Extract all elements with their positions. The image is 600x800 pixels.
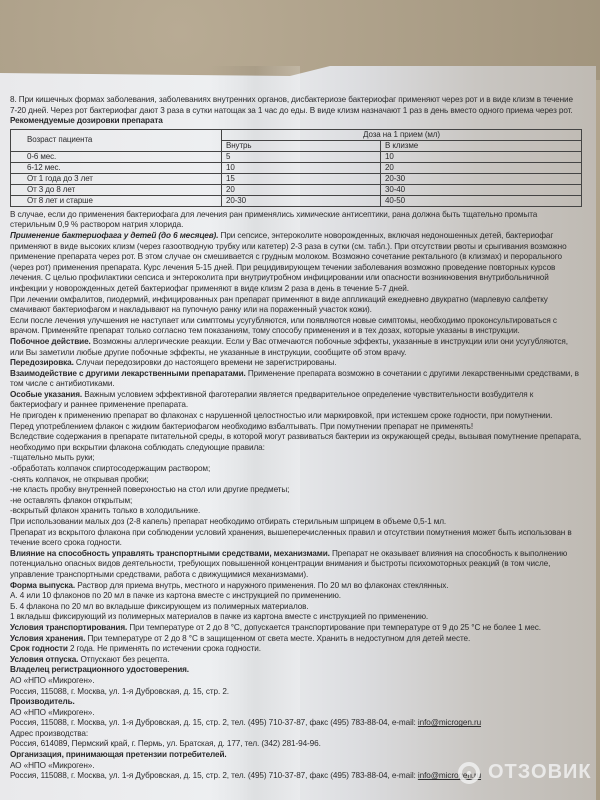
maker-heading: Производитель. <box>10 697 582 708</box>
production-address: Россия, 614089, Пермский край, г. Пермь,… <box>10 739 582 750</box>
rule-item: -обработать колпачок спиртосодержащим ра… <box>10 464 582 475</box>
table-row: 0-6 мес.510 <box>11 151 582 162</box>
header-age: Возраст пациента <box>11 129 222 151</box>
maker-name: АО «НПО «Микроген». <box>10 708 582 719</box>
production-label: Адрес производства: <box>10 729 582 740</box>
header-oral: Внутрь <box>222 140 381 151</box>
table-row: 6-12 мес.1020 <box>11 162 582 173</box>
storage-section: Условия хранения. При температуре от 2 д… <box>10 634 582 645</box>
children-section: Применение бактериофага у детей (до 6 ме… <box>10 231 582 295</box>
omphalitis-paragraph: При лечении омфалитов, пиодермий, инфици… <box>10 295 582 316</box>
holder-heading: Владелец регистрационного удостоверения. <box>10 665 582 676</box>
table-row: От 8 лет и старше20-3040-50 <box>11 195 582 206</box>
holder-address: Россия, 115088, г. Москва, ул. 1-я Дубро… <box>10 687 582 698</box>
interaction-section: Взаимодействие с другими лекарственными … <box>10 369 582 390</box>
small-doses-paragraph: При использовании малых доз (2-8 капель)… <box>10 517 582 528</box>
opened-paragraph: Препарат из вскрытого флакона при соблюд… <box>10 528 582 549</box>
rule-item: -тщательно мыть руки; <box>10 453 582 464</box>
nutrient-paragraph: Вследствие содержания в препарате питате… <box>10 432 582 453</box>
watermark: ОТЗОВИК <box>458 761 592 784</box>
form-section: Форма выпуска. Раствор для приема внутрь… <box>10 581 582 592</box>
shake-paragraph: Перед употреблением флакон с жидким бакт… <box>10 422 582 433</box>
shelf-life-section: Срок годности 2 года. Не применять по ис… <box>10 644 582 655</box>
overdose-section: Передозировка. Случаи передозировки до н… <box>10 358 582 369</box>
consult-paragraph: Если после лечения улучшения не наступае… <box>10 316 582 337</box>
email-link[interactable]: info@microgen.ru <box>418 718 481 727</box>
antiseptic-paragraph: В случае, если до применения бактериофаг… <box>10 210 582 231</box>
dosage-table: Возраст пациента Доза на 1 прием (мл) Вн… <box>10 129 582 207</box>
holder-name: АО «НПО «Микроген». <box>10 676 582 687</box>
form-b: Б. 4 флакона по 20 мл во вкладыше фиксир… <box>10 602 582 613</box>
claims-heading: Организация, принимающая претензии потре… <box>10 750 582 761</box>
intro-paragraph: 8. При кишечных формах заболевания, забо… <box>10 95 582 116</box>
dispense-section: Условия отпуска. Отпускают без рецепта. <box>10 655 582 666</box>
rule-item: -не оставлять флакон открытым; <box>10 496 582 507</box>
rule-item: -вскрытый флакон хранить только в холоди… <box>10 506 582 517</box>
otzovik-logo-icon <box>458 762 480 784</box>
form-b2: 1 вкладыш фиксирующий из полимерных мате… <box>10 612 582 623</box>
table-row: От 3 до 8 лет2030-40 <box>11 184 582 195</box>
header-dose: Доза на 1 прием (мл) <box>222 129 582 140</box>
leaflet-text: 8. При кишечных формах заболевания, забо… <box>10 95 582 782</box>
form-a: А. 4 или 10 флаконов по 20 мл в пачке из… <box>10 591 582 602</box>
watermark-text: ОТЗОВИК <box>488 761 592 784</box>
table-row: От 1 года до 3 лет1520-30 <box>11 173 582 184</box>
special-section: Особые указания. Важным условием эффекти… <box>10 390 582 411</box>
table-title: Рекомендуемые дозировки препарата <box>10 116 582 127</box>
header-enema: В клизме <box>381 140 582 151</box>
unfit-paragraph: Не пригоден к применению препарат во фла… <box>10 411 582 422</box>
rule-item: -не класть пробку внутренней поверхность… <box>10 485 582 496</box>
maker-address: Россия, 115088, г. Москва, ул. 1-я Дубро… <box>10 718 582 729</box>
side-effects-section: Побочное действие. Возможны аллергически… <box>10 337 582 358</box>
transport-section: Условия транспортирования. При температу… <box>10 623 582 634</box>
driving-section: Влияние на способность управлять транспо… <box>10 549 582 581</box>
rule-item: -снять колпачок, не открывая пробки; <box>10 475 582 486</box>
